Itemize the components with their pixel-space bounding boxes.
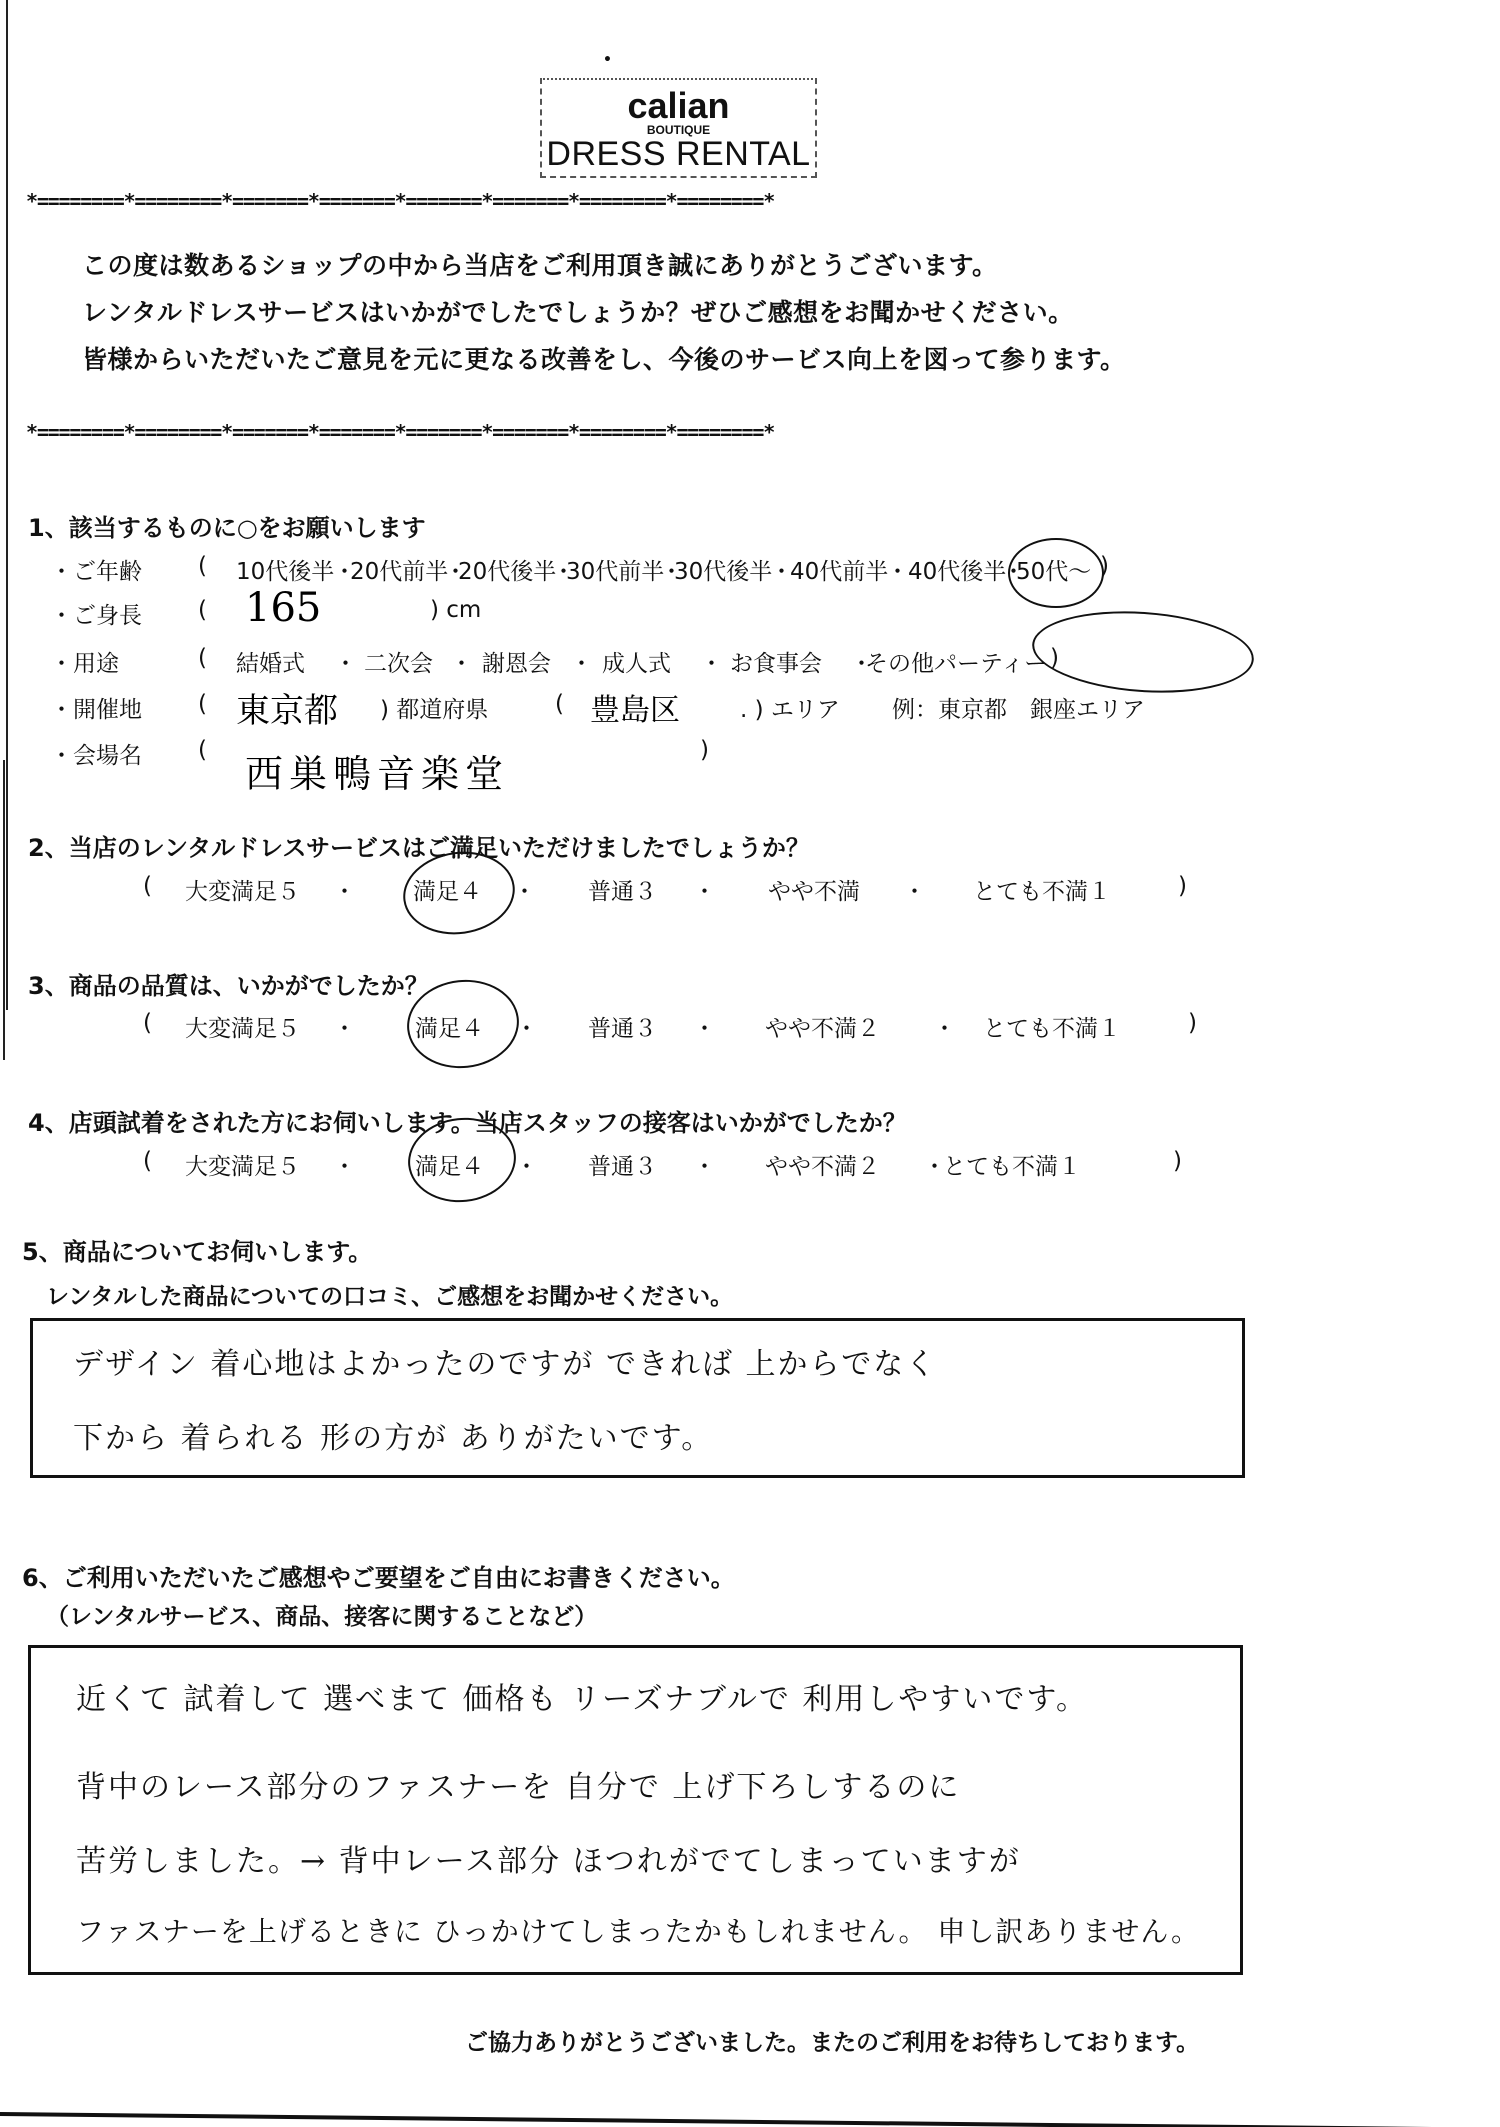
purpose-label: ・用途 <box>50 645 119 678</box>
q2-options-row: ( 大変満足５ ・ 満足４ ・ 普通３ ・ やや不満 ・ とても不満１ ) <box>143 873 1343 903</box>
q2-option-somewhat-dissatisfied[interactable]: やや不満 <box>768 873 860 906</box>
q1-location-row: ・開催地 ( 東京都 ) 都道府県 ( 豊島区 . ) エリア 例：東京都 銀座… <box>50 691 1450 731</box>
venue-value[interactable]: 西巣鴨音楽堂 <box>245 743 509 798</box>
separator-dot: ・ <box>450 645 473 678</box>
separator-dot: ・ <box>333 873 356 906</box>
q6-title: 6、ご利用いただいたご感想やご要望をご自由にお書きください。 <box>22 1558 735 1593</box>
separator-dot: ・ <box>334 645 357 678</box>
separator-dot: ・ <box>933 1010 956 1043</box>
q4-option-somewhat-dissatisfied[interactable]: やや不満２ <box>765 1148 880 1181</box>
q3-title: 3、商品の品質は、いかがでしたか？ <box>28 966 429 1001</box>
separator-dot: ・ <box>333 1010 356 1043</box>
purpose-option-coming-of-age[interactable]: 成人式 <box>602 645 671 678</box>
age-option-30s-late[interactable]: 30代後半 <box>674 553 772 586</box>
separator-dot: ・ <box>513 873 536 906</box>
age-option-20s-early[interactable]: 20代前半 <box>350 553 448 586</box>
purpose-option-dinner[interactable]: お食事会 <box>730 645 822 678</box>
q6-subtitle: （レンタルサービス、商品、接客に関することなど） <box>46 1598 597 1631</box>
q4-option-very-satisfied[interactable]: 大変満足５ <box>185 1148 300 1181</box>
area-value[interactable]: 豊島区 <box>590 685 680 729</box>
paren-open: ( <box>555 691 564 717</box>
venue-label: ・会場名 <box>50 737 142 770</box>
paren-close: ) <box>1188 1010 1197 1036</box>
separator-top: *========*========*=======*=======*=====… <box>26 189 1336 213</box>
q5-answer-line-2: 下から 着られる 形の方が ありがたいです。 <box>73 1413 713 1457</box>
q2-title: 2、当店のレンタルドレスサービスはご満足いただけましたでしょうか？ <box>28 828 810 863</box>
separator-bottom: *========*========*=======*=======*=====… <box>26 420 1336 444</box>
q6-answer-line-4: ファスナーを上げるときに ひっかけてしまったかもしれません。 申し訳ありません。 <box>76 1910 1200 1950</box>
q5-answer-line-1: デザイン 着心地はよかったのですが できれば 上からでなく <box>73 1339 937 1383</box>
separator-dot: ・ <box>693 873 716 906</box>
separator-dot: ・ <box>333 1148 356 1181</box>
prefecture-value[interactable]: 東京都 <box>236 683 338 732</box>
q2-option-neutral[interactable]: 普通３ <box>588 873 657 906</box>
logo-name: calian <box>542 88 815 124</box>
q3-option-neutral[interactable]: 普通３ <box>588 1010 657 1043</box>
area-suffix: . ) エリア <box>740 691 840 724</box>
q3-option-very-dissatisfied[interactable]: とても不満１ <box>983 1010 1121 1043</box>
purpose-option-after-party[interactable]: 二次会 <box>364 645 433 678</box>
q5-subtitle: レンタルした商品についての口コミ、ご感想をお聞かせください。 <box>46 1278 733 1311</box>
age-option-40s-late[interactable]: 40代後半 <box>908 553 1006 586</box>
purpose-option-other-party[interactable]: その他パーティー <box>865 645 1047 678</box>
selected-circle-purpose <box>1029 604 1256 699</box>
q6-answer-line-1: 近くて 試着して 選べまて 価格も リーズナブルで 利用しやすいです。 <box>76 1674 1088 1718</box>
separator-dot: ・ <box>515 1148 538 1181</box>
q5-answer-box[interactable]: デザイン 着心地はよかったのですが できれば 上からでなく 下から 着られる 形… <box>30 1318 1245 1478</box>
age-option-40s-early[interactable]: 40代前半 <box>790 553 888 586</box>
q1-venue-row: ・会場名 ( 西巣鴨音楽堂 ) <box>50 737 950 797</box>
intro-line-3: 皆様からいただいたご意見を元に更なる改善をし、今後のサービス向上を図って参ります… <box>82 340 1126 376</box>
q1-height-row: ・ご身長 ( 165 ) cm <box>50 597 650 637</box>
footer-thanks: ご協力ありがとうございました。またのご利用をお待ちしております。 <box>465 2024 1199 2057</box>
intro-line-2: レンタルドレスサービスはいかがでしたでしょうか？ぜひご感想をお聞かせください。 <box>82 293 1074 329</box>
scan-speck: • <box>603 52 612 68</box>
paren-open: ( <box>198 691 207 717</box>
location-label: ・開催地 <box>50 691 142 724</box>
q1-age-row: ・ご年齢 ( 10代後半 ・ 20代前半 ・ 20代後半 ・ 30代前半 ・ 3… <box>50 553 1450 583</box>
age-option-20s-late[interactable]: 20代後半 <box>458 553 556 586</box>
q4-options-row: ( 大変満足５ ・ 満足４ ・ 普通３ ・ やや不満２ ・ とても不満１ ) <box>143 1148 1343 1178</box>
q6-answer-box[interactable]: 近くて 試着して 選べまて 価格も リーズナブルで 利用しやすいです。 背中のレ… <box>28 1645 1243 1975</box>
q4-option-very-dissatisfied[interactable]: とても不満１ <box>943 1148 1081 1181</box>
paren-open: ( <box>143 1010 152 1036</box>
separator-dot: ・ <box>700 645 723 678</box>
q1-title: 1、該当するものに○をお願いします <box>28 508 426 543</box>
q6-answer-line-2: 背中のレース部分のファスナーを 自分で 上げ下ろしするのに <box>76 1762 960 1806</box>
paren-open: ( <box>143 1148 152 1174</box>
separator-dot: ・ <box>693 1010 716 1043</box>
location-example: 例：東京都 銀座エリア <box>892 691 1145 724</box>
scan-bottom-edge <box>0 2112 1500 2127</box>
age-option-10s-late[interactable]: 10代後半 <box>236 553 334 586</box>
paren-open: ( <box>198 645 207 671</box>
paren-open: ( <box>198 553 207 579</box>
paren-close: ) <box>1173 1148 1182 1174</box>
q2-option-very-satisfied[interactable]: 大変満足５ <box>185 873 300 906</box>
separator-dot: ・ <box>903 873 926 906</box>
selected-circle-age <box>1008 538 1104 608</box>
q3-option-somewhat-dissatisfied[interactable]: やや不満２ <box>765 1010 880 1043</box>
q4-option-neutral[interactable]: 普通３ <box>588 1148 657 1181</box>
paren-open: ( <box>143 873 152 899</box>
height-value[interactable]: 165 <box>245 585 321 631</box>
height-unit: ) cm <box>430 597 481 623</box>
paren-open: ( <box>198 597 207 623</box>
logo: calian BOUTIQUE DRESS RENTAL <box>540 78 817 178</box>
separator-dot: ・ <box>886 553 909 586</box>
logo-main: DRESS RENTAL <box>542 136 815 172</box>
age-option-30s-early[interactable]: 30代前半 <box>566 553 664 586</box>
purpose-option-thanks-party[interactable]: 謝恩会 <box>482 645 551 678</box>
height-label: ・ご身長 <box>50 597 142 630</box>
age-label: ・ご年齢 <box>50 553 142 586</box>
paren-open: ( <box>198 737 207 763</box>
paren-close: ) <box>1178 873 1187 899</box>
q6-answer-line-3: 苦労しました。→ 背中レース部分 ほつれがでてしまっていますが <box>76 1836 1021 1880</box>
prefecture-suffix: ) 都道府県 <box>380 691 488 724</box>
q5-title: 5、商品についてお伺いします。 <box>22 1232 372 1267</box>
intro-line-1: この度は数あるショップの中から当店をご利用頂き誠にありがとうございます。 <box>82 246 998 282</box>
separator-dot: ・ <box>693 1148 716 1181</box>
purpose-option-wedding[interactable]: 結婚式 <box>236 645 305 678</box>
q3-option-very-satisfied[interactable]: 大変満足５ <box>185 1010 300 1043</box>
separator-dot: ・ <box>570 645 593 678</box>
q3-options-row: ( 大変満足５ ・ 満足４ ・ 普通３ ・ やや不満２ ・ とても不満１ ) <box>143 1010 1343 1040</box>
scan-left-edge <box>6 0 8 1010</box>
scan-left-edge-lower <box>3 760 5 1060</box>
paren-close: ) <box>700 737 709 763</box>
q2-option-very-dissatisfied[interactable]: とても不満１ <box>973 873 1111 906</box>
